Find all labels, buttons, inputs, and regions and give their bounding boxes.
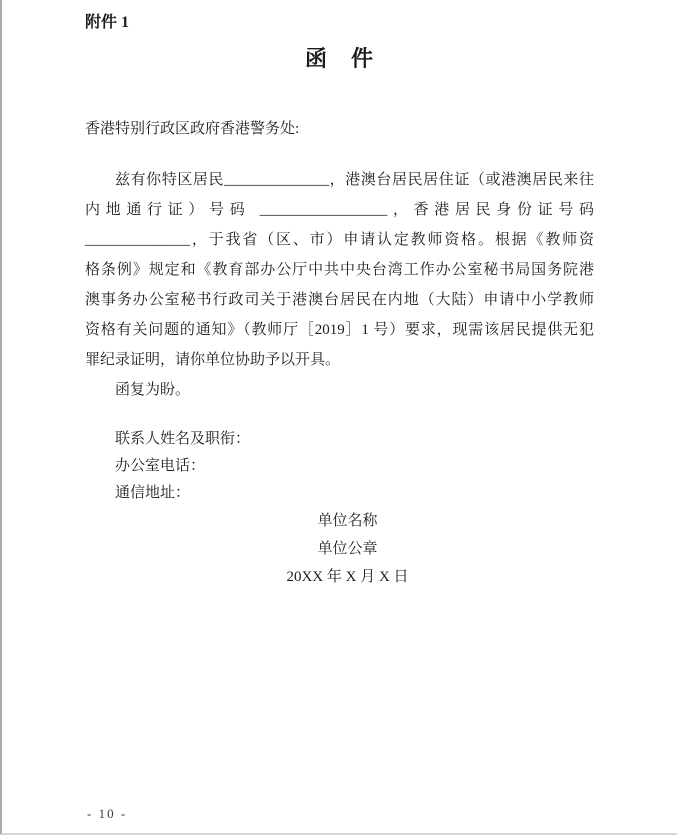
body-line: ______________，于我省（区、市）申请认定教师资格。根据《教师资 <box>85 225 594 255</box>
body-line: 澳事务办公室秘书行政司关于港澳台居民在内地（大陆）申请中小学教师 <box>85 285 594 315</box>
reply-request-line: 函复为盼。 <box>85 375 594 405</box>
contact-office-phone-label: 办公室电话： <box>85 453 594 480</box>
body-line: 内地通行证）号码 _________________，香港居民身份证号码 <box>85 195 594 225</box>
body-line: 资格有关问题的通知》（教师厅［2019］1 号）要求，现需该居民提供无犯 <box>85 315 594 345</box>
letter-title: 函 件 <box>85 46 594 72</box>
contact-mailing-address-label: 通信地址： <box>85 480 594 507</box>
body-line: 罪纪录证明，请你单位协助予以开具。 <box>85 345 594 375</box>
salutation: 香港特别行政区政府香港警务处: <box>85 119 594 139</box>
attachment-label: 附件 1 <box>85 13 594 33</box>
page-number: - 10 - <box>87 806 127 822</box>
contact-name-title-label: 联系人姓名及职衔： <box>85 426 594 453</box>
contact-block: 联系人姓名及职衔： 办公室电话： 通信地址： <box>85 426 594 507</box>
date-line: 20XX 年 X 月 X 日 <box>93 563 602 591</box>
unit-seal-line: 单位公章 <box>93 535 602 563</box>
letter-body: 兹有你特区居民______________，港澳台居民居住证（或港澳居民来往 内… <box>85 165 594 405</box>
unit-name-line: 单位名称 <box>93 507 602 535</box>
signature-block: 单位名称 单位公章 20XX 年 X 月 X 日 <box>93 507 602 591</box>
body-line: 兹有你特区居民______________，港澳台居民居住证（或港澳居民来往 <box>85 165 594 195</box>
letter-page: 附件 1 函 件 香港特别行政区政府香港警务处: 兹有你特区居民________… <box>0 0 677 835</box>
body-line: 格条例》规定和《教育部办公厅中共中央台湾工作办公室秘书局国务院港 <box>85 255 594 285</box>
